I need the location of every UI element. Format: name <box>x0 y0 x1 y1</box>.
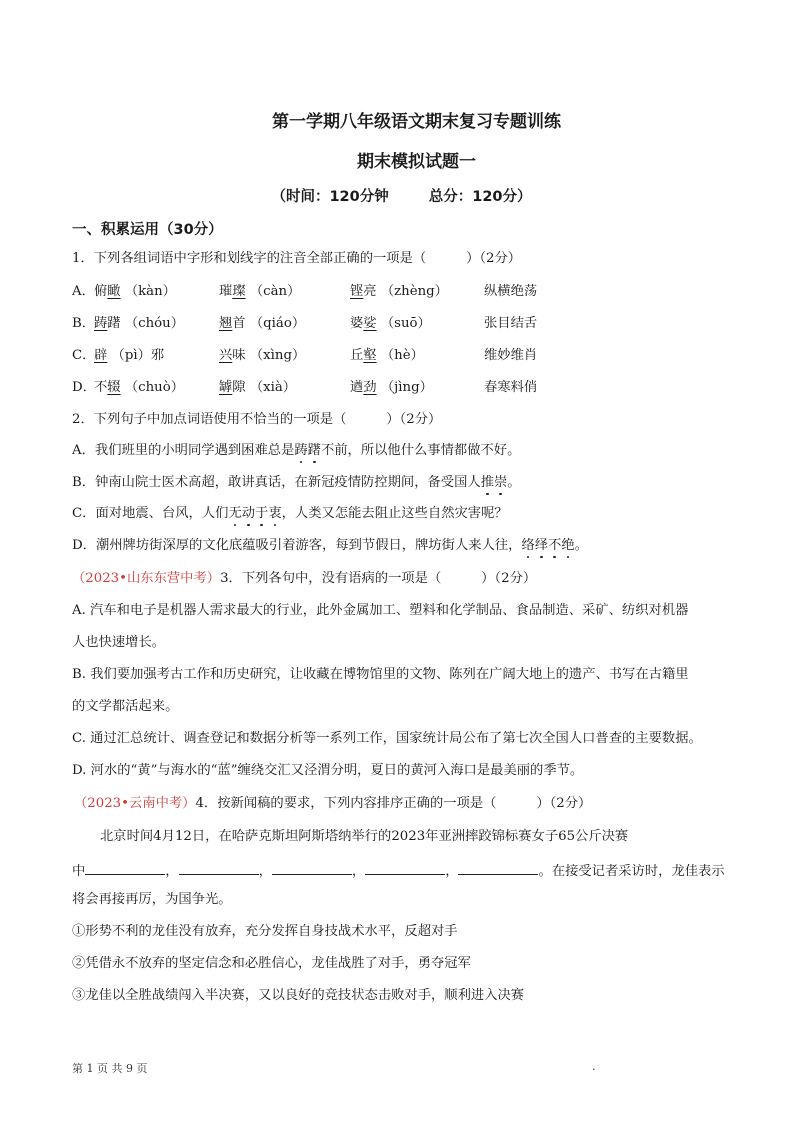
score-label: 总分：120分） <box>429 189 532 205</box>
option-label: D． <box>72 379 96 397</box>
q1-stem: 1．下列各组词语中字形和划线字的注音全部正确的一项是（ ）（2分） <box>72 250 521 268</box>
q4-passage-line3: 将会再接再厉，为国争光。 <box>72 891 232 909</box>
answer-blank-3[interactable] <box>272 860 352 875</box>
dotted-char: 踌 <box>294 443 307 458</box>
dotted-char: 崇 <box>494 475 507 490</box>
option-label: B． <box>72 315 95 333</box>
word-2: 兴味 （xìng） <box>219 347 305 365</box>
source-tag: （2023•云南中考） <box>74 796 195 811</box>
word-2: 璀璨 （càn） <box>219 283 300 301</box>
q3-option-b-line1: B. 我们要加强考古工作和历史研究，让收藏在博物馆里的文物、陈列在广阔大地上的遗… <box>72 666 689 684</box>
word-3: 婆娑 （suō） <box>350 315 431 333</box>
q2-option-a: A．我们班里的小明同学遇到困难总是踌躇不前，所以他什么事情都做不好。 <box>72 442 520 460</box>
q4-passage-line2: 中，，，，。在接受记者采访时，龙佳表示 <box>72 860 725 881</box>
document-title: 第一学期八年级语文期末复习专题训练 <box>0 107 793 132</box>
dotted-word: 踌躇 <box>294 443 321 458</box>
q2-option-c: C．面对地震、台风，人们无动于衷，人类又怎能去阻止这些自然灾害呢？ <box>72 505 508 523</box>
q3-stem-line: （2023•山东东营中考）3．下列各句中，没有语病的一项是（ ）（2分） <box>72 570 536 588</box>
answer-blank-1[interactable] <box>85 860 165 875</box>
q2-option-b: B．钟南山院士医术高超，敢讲真话，在新冠疫情防控期间，备受国人推崇。 <box>72 474 521 492</box>
exam-info: （时间：120分钟总分：120分） <box>0 185 793 206</box>
dotted-char: 躇 <box>308 443 321 458</box>
word-4: 纵横绝荡 <box>484 283 537 301</box>
dotted-char: 动 <box>242 506 255 521</box>
section-heading: 一、积累运用（30分） <box>72 218 223 239</box>
word-3: 丘壑 （hè） <box>350 347 424 365</box>
q4-stem-line: （2023•云南中考）4．按新闻稿的要求，下列内容排序正确的一项是（ ）（2分） <box>74 795 591 813</box>
dotted-char: 绝 <box>561 538 574 553</box>
dotted-char: 衷 <box>268 506 281 521</box>
answer-blank-2[interactable] <box>179 860 259 875</box>
dotted-char: 无 <box>228 506 241 521</box>
word-4: 春寒料俏 <box>484 379 537 397</box>
q2-option-d: D．潮州牌坊街深厚的文化底蕴吸引着游客，每到节假日，牌坊街人来人往，络绎不绝。 <box>72 537 588 555</box>
footer-mark: . <box>592 1060 596 1073</box>
q3-stem: 3．下列各句中，没有语病的一项是（ ）（2分） <box>220 571 536 586</box>
source-tag: （2023•山东东营中考） <box>72 571 220 586</box>
word-1: 辟 （pì）邪 <box>94 347 164 365</box>
dotted-char: 绎 <box>535 538 548 553</box>
word-1: 不辍 （chuò） <box>94 379 184 397</box>
q3-option-b-line2: 的文学都活起来。 <box>72 698 178 716</box>
word-2: 罅隙 （xià） <box>219 379 296 397</box>
option-label: A． <box>72 283 95 301</box>
answer-blank-4[interactable] <box>365 860 445 875</box>
q3-option-c: C. 通过汇总统计、调查登记和数据分析等一系列工作，国家统计局公布了第七次全国人… <box>72 730 702 748</box>
option-label: C． <box>72 347 95 365</box>
word-4: 维妙维肖 <box>484 347 537 365</box>
word-2: 翘首 （qiáo） <box>219 315 305 333</box>
word-3: 铿亮 （zhèng） <box>350 283 448 301</box>
dotted-char: 于 <box>255 506 268 521</box>
dotted-char: 不 <box>548 538 561 553</box>
page-number: 第 1 页 共 9 页 <box>72 1060 147 1076</box>
dotted-word: 络绎不绝 <box>521 538 574 553</box>
q4-item-1: ①形势不利的龙佳没有放弃，充分发挥自身技战术水平，反超对手 <box>72 923 458 941</box>
q2-stem: 2．下列句子中加点词语使用不恰当的一项是（ ）（2分） <box>72 411 441 429</box>
dotted-word: 推崇 <box>481 475 508 490</box>
dotted-char: 推 <box>481 475 494 490</box>
document-subtitle: 期末模拟试题一 <box>0 147 793 172</box>
q3-option-a-line1: A. 汽车和电子是机器人需求最大的行业，此外金属加工、塑料和化学制品、食品制造、… <box>72 602 688 620</box>
q4-stem: 4．按新闻稿的要求，下列内容排序正确的一项是（ ）（2分） <box>195 796 591 811</box>
dotted-char: 络 <box>521 538 534 553</box>
q4-item-2: ②凭借永不放弃的坚定信念和必胜信心，龙佳战胜了对手，勇夺冠军 <box>72 955 471 973</box>
answer-blank-5[interactable] <box>458 860 538 875</box>
q3-option-d: D. 河水的“黄”与海水的“蓝”缠绕交汇又泾渭分明，夏日的黄河入海口是最美丽的季… <box>72 762 583 780</box>
dotted-word: 无动于衷 <box>228 506 281 521</box>
word-4: 张目结舌 <box>484 315 537 333</box>
q3-option-a-line2: 人也快速增长。 <box>72 634 165 652</box>
word-1: 俯瞰 （kàn） <box>94 283 176 301</box>
q4-item-3: ③龙佳以全胜战绩闯入半决赛，又以良好的竞技状态击败对手，顺利进入决赛 <box>72 987 524 1005</box>
word-1: 踌躇 （chóu） <box>94 315 184 333</box>
word-3: 遒劲 （jìng） <box>350 379 433 397</box>
time-label: （时间：120分钟 <box>271 189 388 205</box>
q4-passage-line1: 北京时间4月12日，在哈萨克斯坦阿斯塔纳举行的2023年亚洲摔跤锦标赛女子65公… <box>100 828 628 846</box>
